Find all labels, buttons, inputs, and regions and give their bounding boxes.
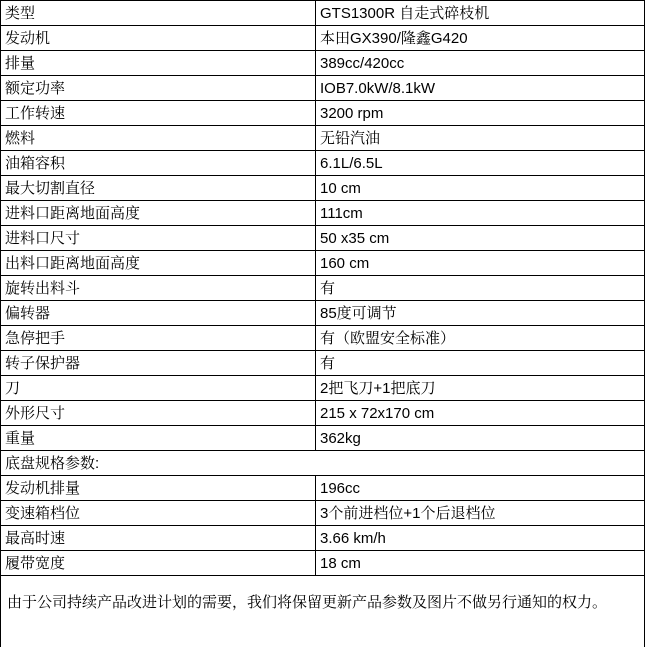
spec-row: 变速箱档位3个前进档位+1个后退档位 xyxy=(1,501,645,526)
spec-value: 85度可调节 xyxy=(316,301,645,326)
spec-label: 进料口距离地面高度 xyxy=(1,201,316,226)
spec-value: IOB7.0kW/8.1kW xyxy=(316,76,645,101)
spec-row: 燃料无铅汽油 xyxy=(1,126,645,151)
spec-label: 刀 xyxy=(1,376,316,401)
spec-label: 油箱容积 xyxy=(1,151,316,176)
spec-label: 排量 xyxy=(1,51,316,76)
spec-value: 3200 rpm xyxy=(316,101,645,126)
spec-value: 本田GX390/隆鑫G420 xyxy=(316,26,645,51)
spec-row: 转子保护器有 xyxy=(1,351,645,376)
spec-row: 旋转出料斗有 xyxy=(1,276,645,301)
spec-value: 215 x 72x170 cm xyxy=(316,401,645,426)
spec-row: 偏转器85度可调节 xyxy=(1,301,645,326)
footer-note-row: 由于公司持续产品改进计划的需要，我们将保留更新产品参数及图片不做另行通知的权力。 xyxy=(1,576,645,647)
spec-label: 最高时速 xyxy=(1,526,316,551)
spec-row: 类型GTS1300R 自走式碎枝机 xyxy=(1,1,645,26)
spec-label: 重量 xyxy=(1,426,316,451)
spec-row: 外形尺寸215 x 72x170 cm xyxy=(1,401,645,426)
spec-value: 2把飞刀+1把底刀 xyxy=(316,376,645,401)
spec-row: 进料口尺寸50 x35 cm xyxy=(1,226,645,251)
spec-value: 6.1L/6.5L xyxy=(316,151,645,176)
spec-value: 50 x35 cm xyxy=(316,226,645,251)
spec-label: 外形尺寸 xyxy=(1,401,316,426)
spec-row: 履带宽度18 cm xyxy=(1,551,645,576)
spec-row: 重量362kg xyxy=(1,426,645,451)
spec-row: 急停把手有（欧盟安全标准） xyxy=(1,326,645,351)
section-header-row: 底盘规格参数: xyxy=(1,451,645,476)
spec-label: 进料口尺寸 xyxy=(1,226,316,251)
spec-value: 362kg xyxy=(316,426,645,451)
spec-value: 196cc xyxy=(316,476,645,501)
spec-label: 履带宽度 xyxy=(1,551,316,576)
spec-table-body: 类型GTS1300R 自走式碎枝机发动机本田GX390/隆鑫G420排量389c… xyxy=(1,1,645,576)
spec-value: 3个前进档位+1个后退档位 xyxy=(316,501,645,526)
spec-label: 变速箱档位 xyxy=(1,501,316,526)
spec-row: 刀2把飞刀+1把底刀 xyxy=(1,376,645,401)
spec-label: 类型 xyxy=(1,1,316,26)
spec-row: 发动机本田GX390/隆鑫G420 xyxy=(1,26,645,51)
spec-row: 排量389cc/420cc xyxy=(1,51,645,76)
spec-label: 发动机 xyxy=(1,26,316,51)
spec-value: 111cm xyxy=(316,201,645,226)
spec-row: 发动机排量196cc xyxy=(1,476,645,501)
spec-table: 类型GTS1300R 自走式碎枝机发动机本田GX390/隆鑫G420排量389c… xyxy=(0,0,645,647)
spec-row: 油箱容积6.1L/6.5L xyxy=(1,151,645,176)
spec-table-footer: 由于公司持续产品改进计划的需要，我们将保留更新产品参数及图片不做另行通知的权力。 xyxy=(1,576,645,647)
spec-label: 偏转器 xyxy=(1,301,316,326)
spec-label: 急停把手 xyxy=(1,326,316,351)
spec-value: 有（欧盟安全标准） xyxy=(316,326,645,351)
spec-label: 发动机排量 xyxy=(1,476,316,501)
spec-label: 旋转出料斗 xyxy=(1,276,316,301)
spec-value: 有 xyxy=(316,276,645,301)
spec-row: 进料口距离地面高度111cm xyxy=(1,201,645,226)
spec-value: 有 xyxy=(316,351,645,376)
spec-row: 工作转速3200 rpm xyxy=(1,101,645,126)
spec-label: 额定功率 xyxy=(1,76,316,101)
section-header-cell: 底盘规格参数: xyxy=(1,451,645,476)
spec-label: 燃料 xyxy=(1,126,316,151)
spec-value: 无铅汽油 xyxy=(316,126,645,151)
spec-row: 最大切割直径10 cm xyxy=(1,176,645,201)
spec-label: 出料口距离地面高度 xyxy=(1,251,316,276)
footer-note: 由于公司持续产品改进计划的需要，我们将保留更新产品参数及图片不做另行通知的权力。 xyxy=(1,576,645,647)
spec-value: GTS1300R 自走式碎枝机 xyxy=(316,1,645,26)
spec-row: 额定功率IOB7.0kW/8.1kW xyxy=(1,76,645,101)
spec-label: 最大切割直径 xyxy=(1,176,316,201)
spec-row: 最高时速3.66 km/h xyxy=(1,526,645,551)
spec-value: 389cc/420cc xyxy=(316,51,645,76)
spec-row: 出料口距离地面高度160 cm xyxy=(1,251,645,276)
spec-value: 18 cm xyxy=(316,551,645,576)
spec-value: 160 cm xyxy=(316,251,645,276)
spec-value: 3.66 km/h xyxy=(316,526,645,551)
spec-label: 转子保护器 xyxy=(1,351,316,376)
spec-value: 10 cm xyxy=(316,176,645,201)
spec-label: 工作转速 xyxy=(1,101,316,126)
